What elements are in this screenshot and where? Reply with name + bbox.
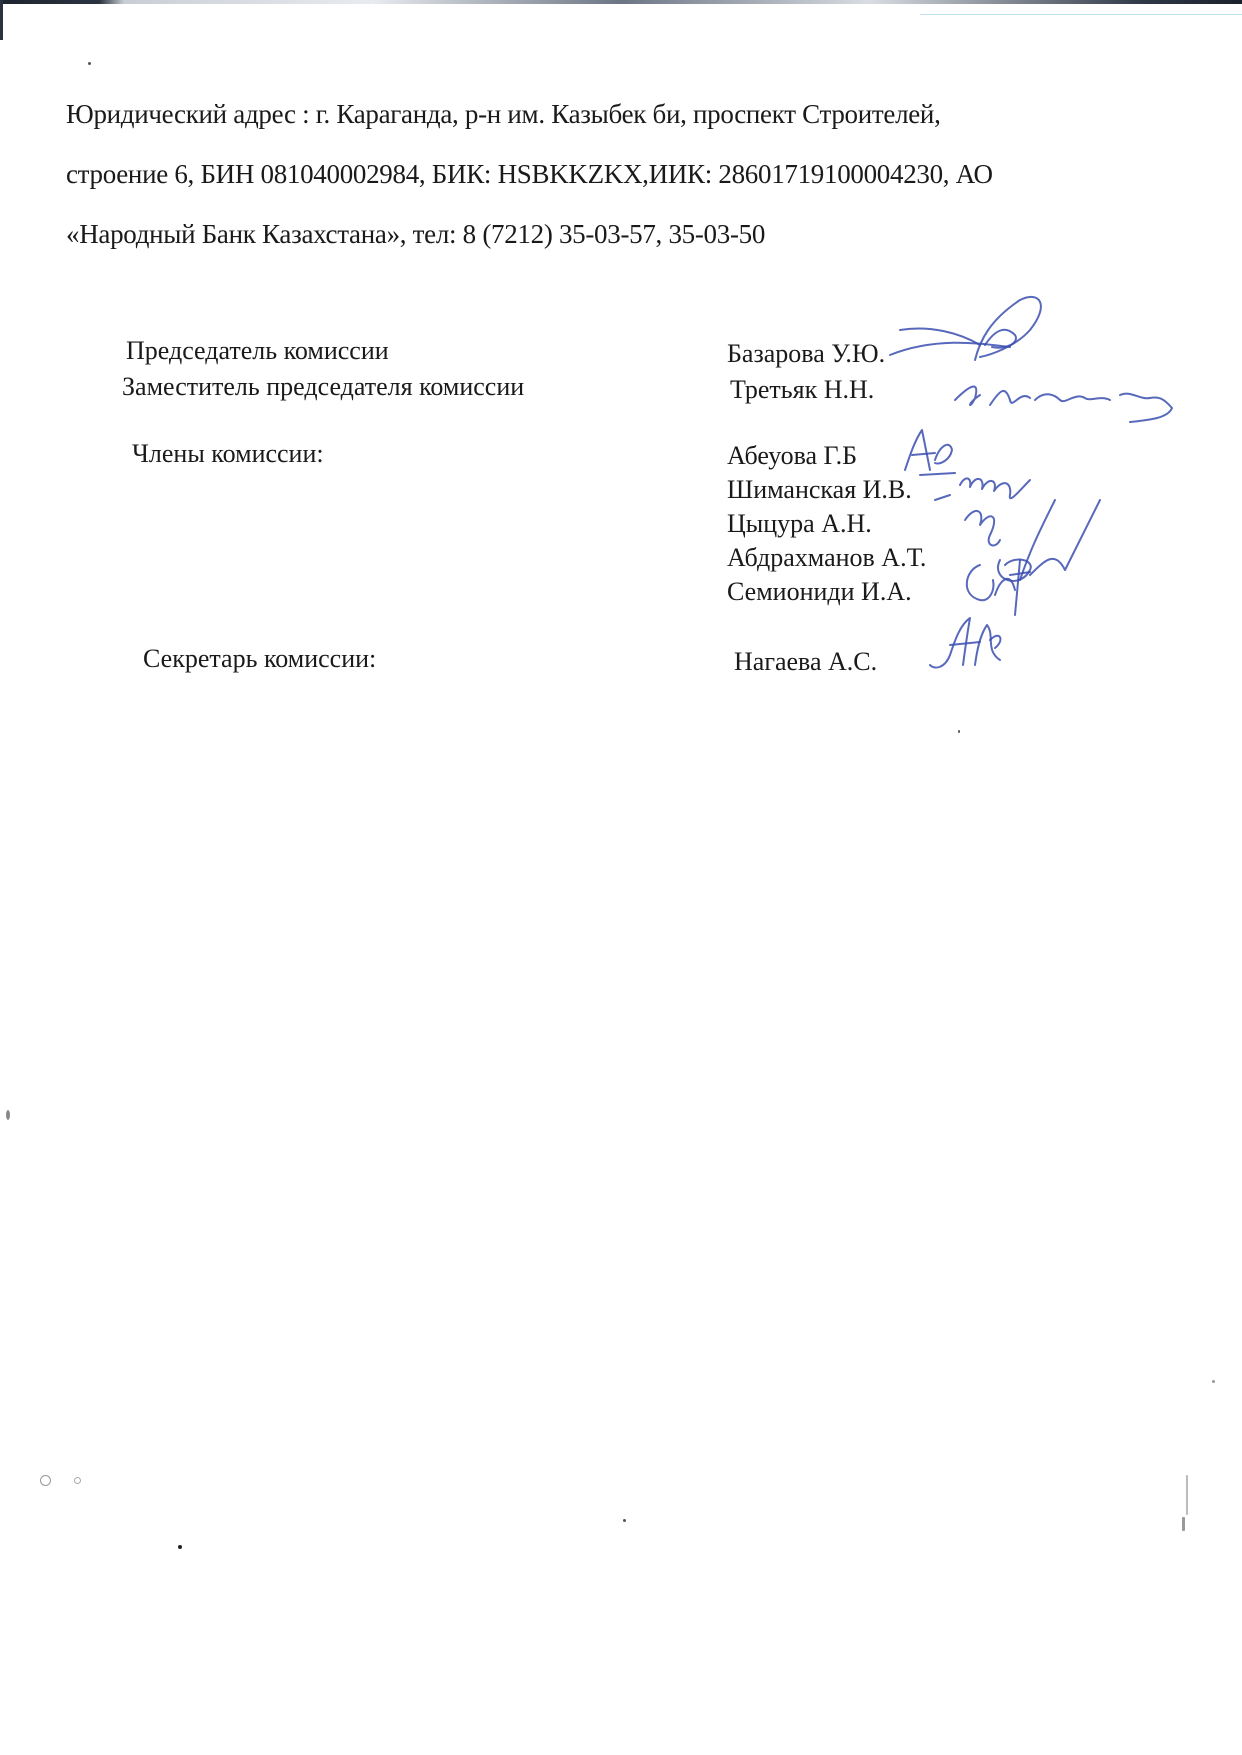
member-name: Шиманская И.В. [727,475,912,505]
scan-edge-left [0,0,3,40]
signature-chair [880,285,1080,375]
legal-address-line-2: строение 6, БИН 081040002984, БИК: HSBKK… [66,144,1186,204]
member-name: Семиониди И.А. [727,577,912,607]
deputy-label: Заместитель председателя комиссии [122,372,524,402]
scan-speck [88,62,91,65]
member-name: Абеуова Г.Б [727,441,857,471]
scan-speck [6,1110,10,1120]
member-name: Цыцура А.Н. [727,509,872,539]
member-name: Абдрахманов А.Т. [727,543,926,573]
chair-label: Председатель комиссии [126,336,389,366]
scan-speck [958,730,960,733]
scan-speck [1186,1475,1188,1515]
signature-secretary [925,610,1015,680]
legal-address-line-1: Юридический адрес : г. Караганда, р-н им… [66,84,1186,144]
scan-speck [178,1545,182,1549]
chair-name: Базарова У.Ю. [727,339,885,369]
scan-speck [74,1477,81,1484]
scan-speck [40,1475,51,1486]
secretary-label: Секретарь комиссии: [143,644,376,674]
scan-speck [1212,1380,1215,1383]
scan-speck [623,1519,626,1522]
scan-line [920,14,1242,15]
members-label: Члены комиссии: [132,439,324,469]
legal-address-block: Юридический адрес : г. Караганда, р-н им… [66,84,1186,264]
deputy-name: Третьяк Н.Н. [730,375,874,405]
scan-edge-top [0,0,1242,4]
scan-speck [1182,1517,1185,1531]
secretary-name: Нагаева А.С. [734,647,877,677]
signature-deputy [950,370,1180,430]
legal-address-line-3: «Народный Банк Казахстана», тел: 8 (7212… [66,204,1186,264]
